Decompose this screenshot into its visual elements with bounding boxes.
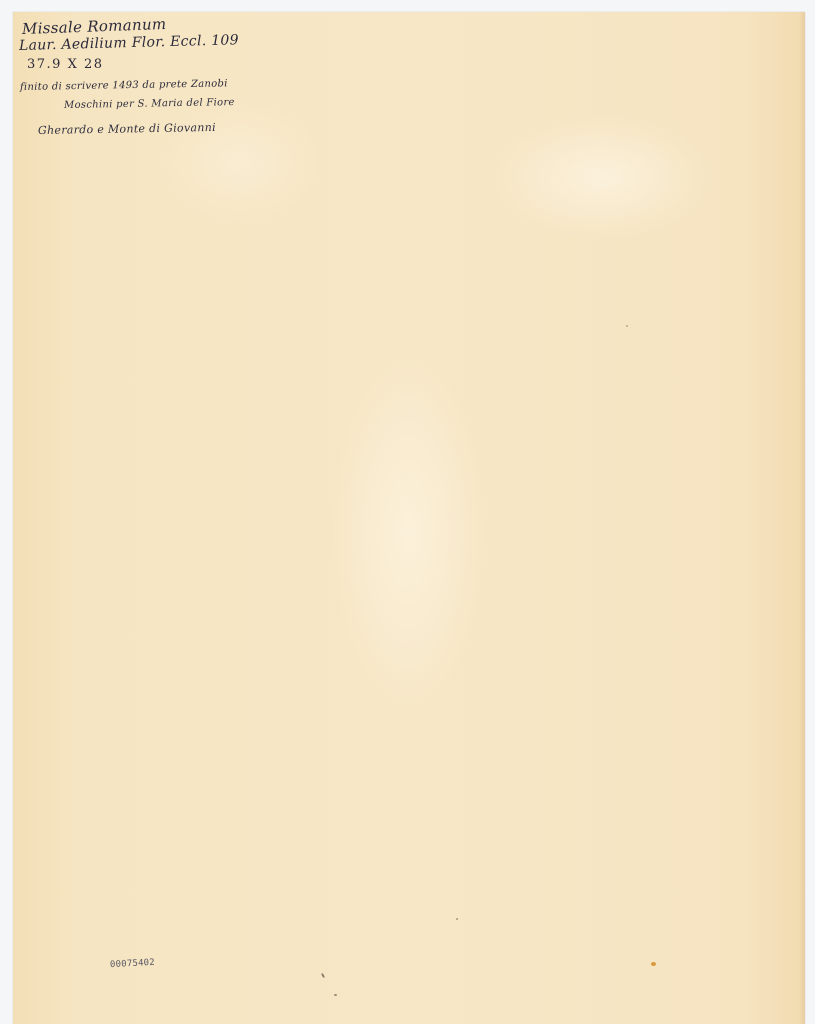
paper-mark [626,325,628,327]
note-dimensions: 37.9 X 28 [27,57,104,72]
paper-mark [334,994,337,996]
paper-mark [456,918,458,920]
photo-back-paper [13,12,805,1024]
paper-stain [651,962,656,966]
